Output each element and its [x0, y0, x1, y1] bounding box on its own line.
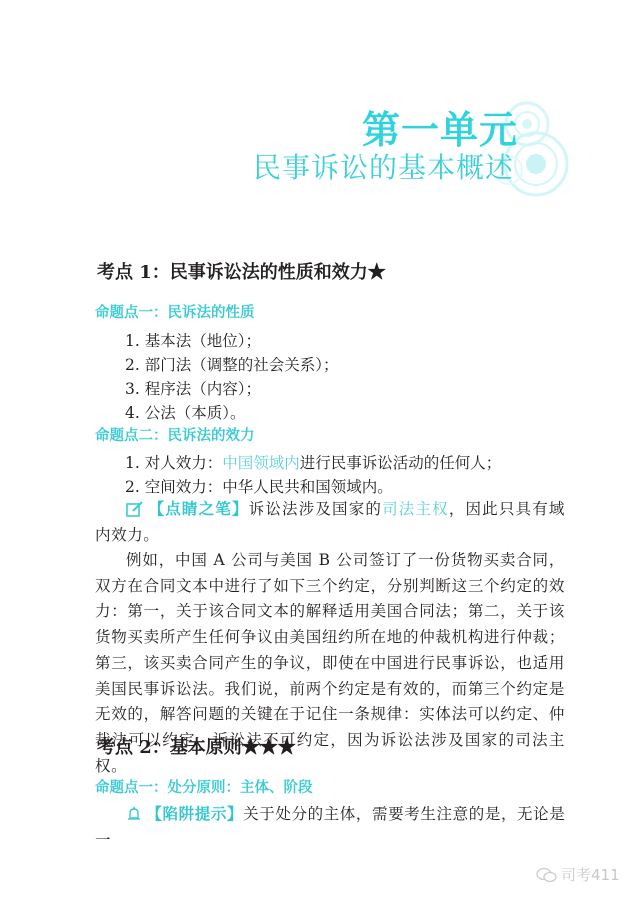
note-label: 【陷阱提示】 — [146, 805, 243, 823]
section-heading-1: 考点 1：民事诉讼法的性质和效力★ — [97, 261, 386, 285]
section-heading-2: 考点 2：基本原则★★★ — [97, 736, 296, 760]
topic-heading-1-2: 命题点二：民诉法的效力 — [95, 426, 255, 446]
list-item: 1. 基本法（地位）； — [125, 330, 261, 352]
topic-heading-1-1: 命题点一：民诉法的性质 — [95, 303, 255, 323]
note-text-before: 诉讼法涉及国家的 — [249, 500, 382, 518]
pen-note-icon — [126, 501, 144, 517]
list-item: 1. 对人效力：中国领域内进行民事诉讼活动的任何人； — [125, 452, 501, 474]
item-highlight: 中国领域内 — [222, 454, 300, 472]
note-label: 【点睛之笔】 — [148, 500, 249, 518]
note-paragraph: 【点睛之笔】诉讼法涉及国家的司法主权，因此只具有域内效力。 — [95, 497, 565, 548]
item-prefix: 2. 空间效力：中华人民共和国领域内。 — [125, 478, 393, 496]
wechat-icon — [536, 867, 558, 883]
item-prefix: 1. 对人效力： — [125, 454, 222, 472]
list-item: 2. 部门法（调整的社会关系）； — [125, 354, 338, 376]
topic-heading-2-1: 命题点一：处分原则：主体、阶段 — [95, 778, 313, 798]
list-item: 3. 程序法（内容）； — [125, 378, 261, 400]
item-suffix: 进行民事诉讼活动的任何人； — [300, 454, 502, 472]
unit-subtitle: 民事诉讼的基本概述 — [253, 150, 514, 186]
watermark: 司考411 — [536, 864, 620, 885]
note-highlight: 司法主权 — [382, 500, 449, 518]
unit-title: 第一单元 — [362, 108, 518, 152]
list-item: 4. 公法（本质）。 — [125, 402, 245, 424]
trap-note-paragraph: 【陷阱提示】关于处分的主体，需要考生注意的是，无论是一 — [95, 802, 565, 853]
watermark-text: 司考411 — [561, 864, 620, 885]
list-item: 2. 空间效力：中华人民共和国领域内。 — [125, 476, 393, 498]
bell-warning-icon — [126, 806, 142, 822]
